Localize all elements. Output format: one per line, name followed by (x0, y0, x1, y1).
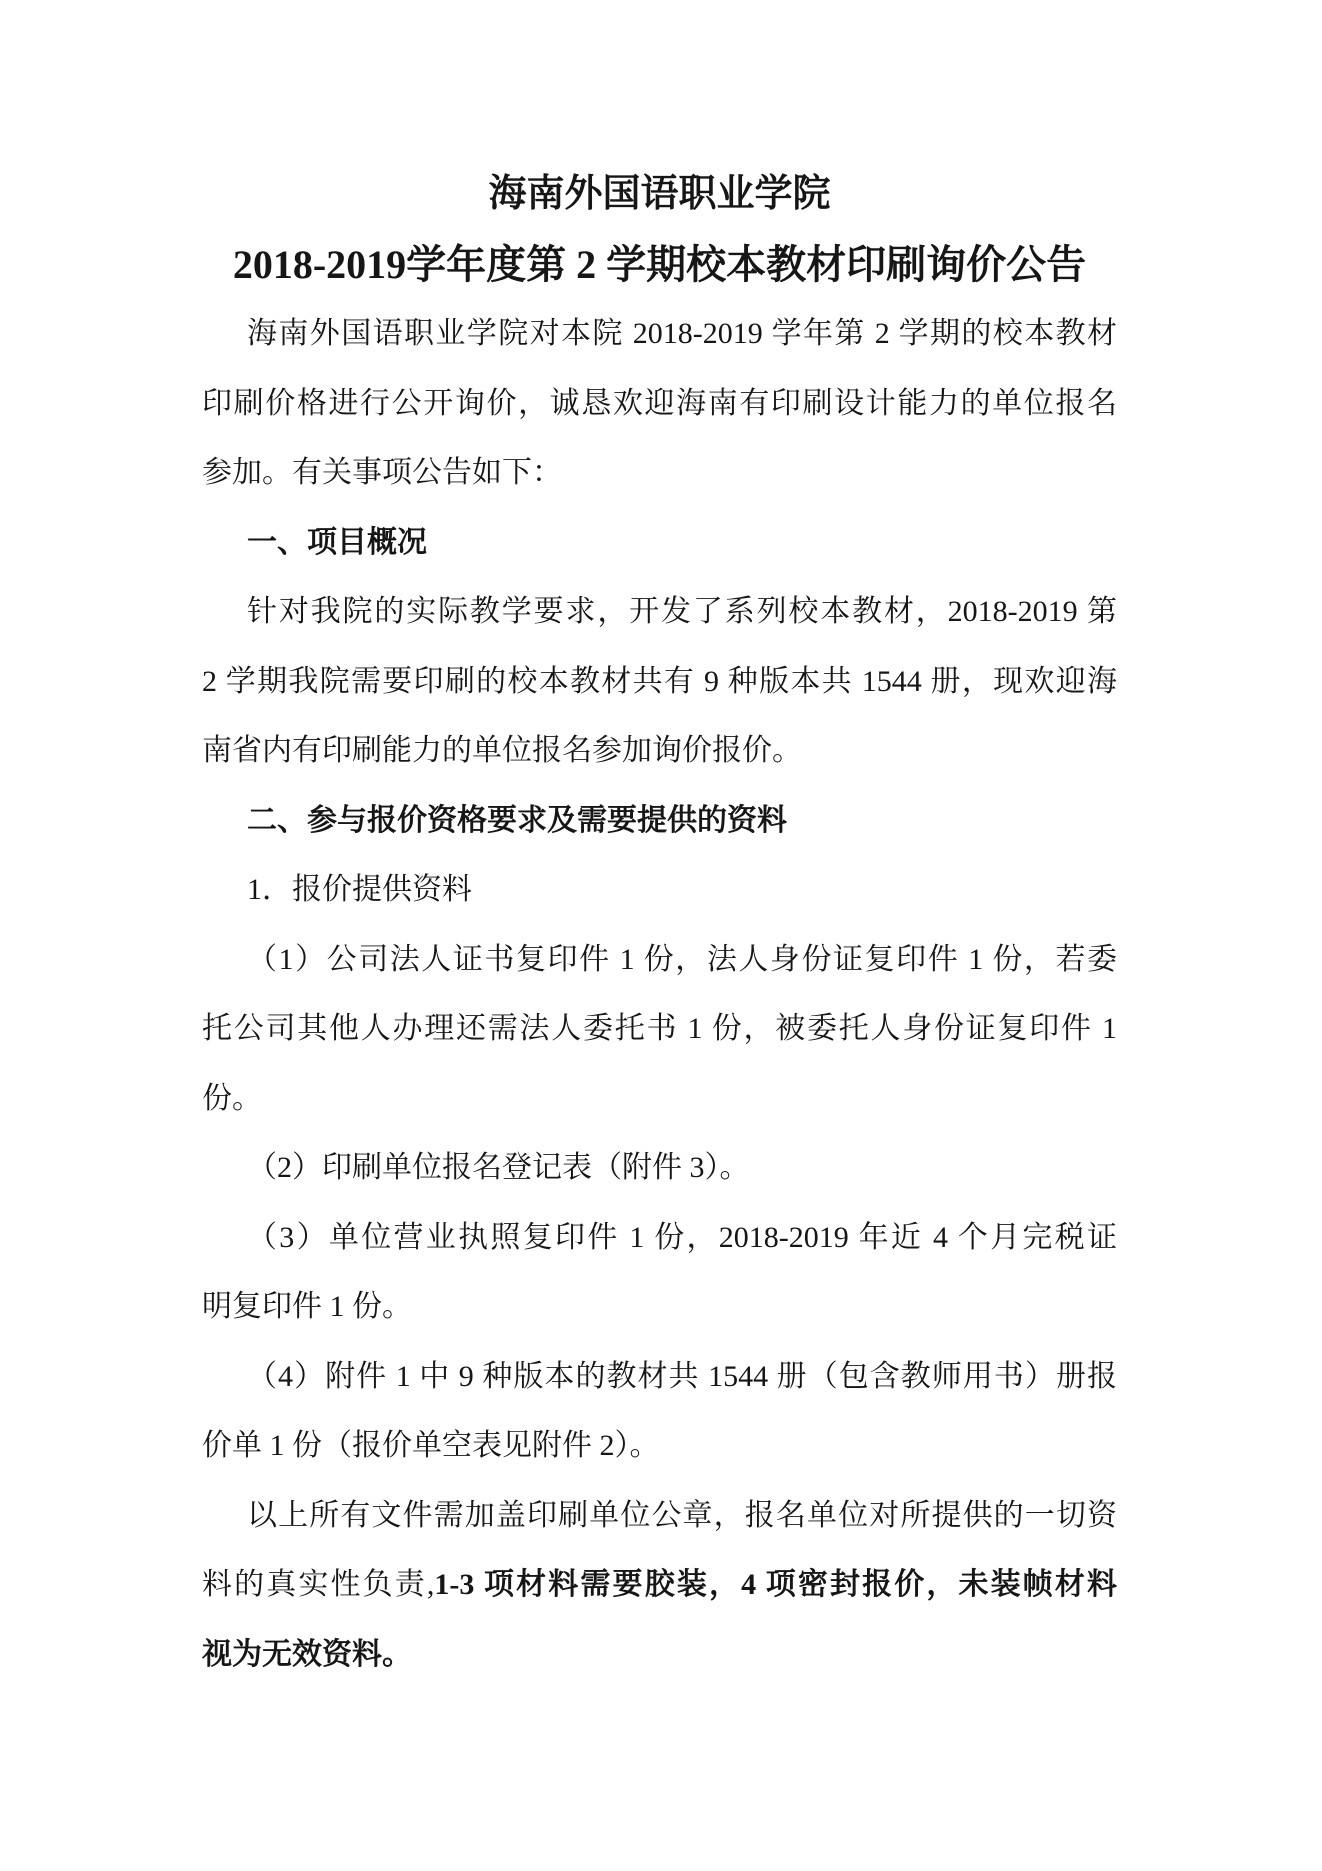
paragraph-line: 南省内有印刷能力的单位报名参加询价报价。 (202, 716, 1117, 786)
paragraph-line: 参加。有关事项公告如下： (202, 438, 1117, 508)
paragraph-line: 价单 1 份（报价单空表见附件 2）。 (202, 1411, 1117, 1481)
paragraph-line: （3）单位营业执照复印件 1 份，2018-2019 年近 4 个月完税证 (202, 1203, 1117, 1273)
paragraph-line: 针对我院的实际教学要求，开发了系列校本教材，2018-2019 第 (202, 577, 1117, 647)
paragraph-line: 视为无效资料。 (202, 1620, 1117, 1690)
document-page: 海南外国语职业学院 2018-2019学年度第 2 学期校本教材印刷询价公告 海… (0, 0, 1322, 1871)
list-item-1-heading: 1．报价提供资料 (202, 855, 1117, 925)
paragraph-line: 2 学期我院需要印刷的校本教材共有 9 种版本共 1544 册，现欢迎海 (202, 647, 1117, 717)
paragraph-line: 托公司其他人办理还需法人委托书 1 份，被委托人身份证复印件 1 (202, 994, 1117, 1064)
paragraph-line: 料的真实性负责,1-3 项材料需要胶装，4 项密封报价，未装帧材料 (202, 1550, 1117, 1620)
section-2-heading: 二、参与报价资格要求及需要提供的资料 (202, 786, 1117, 856)
paragraph-line: （2）印刷单位报名登记表（附件 3）。 (202, 1133, 1117, 1203)
document-title: 海南外国语职业学院 (202, 160, 1117, 230)
paragraph-line: （1）公司法人证书复印件 1 份，法人身份证复印件 1 份，若委 (202, 925, 1117, 995)
document-subtitle: 2018-2019学年度第 2 学期校本教材印刷询价公告 (202, 230, 1117, 300)
paragraph-line: 以上所有文件需加盖印刷单位公章，报名单位对所提供的一切资 (202, 1481, 1117, 1551)
paragraph-line: 海南外国语职业学院对本院 2018-2019 学年第 2 学期的校本教材 (202, 299, 1117, 369)
document-content: 海南外国语职业学院 2018-2019学年度第 2 学期校本教材印刷询价公告 海… (202, 0, 1117, 1689)
paragraph-segment-bold: 1-3 项材料需要胶装，4 项密封报价，未装帧材料 (434, 1568, 1117, 1601)
paragraph-line: （4）附件 1 中 9 种版本的教材共 1544 册（包含教师用书）册报 (202, 1342, 1117, 1412)
paragraph-segment: 料的真实性负责, (202, 1568, 434, 1601)
paragraph-line: 明复印件 1 份。 (202, 1272, 1117, 1342)
section-1-heading: 一、项目概况 (202, 508, 1117, 578)
paragraph-line: 份。 (202, 1064, 1117, 1134)
paragraph-line: 印刷价格进行公开询价，诚恳欢迎海南有印刷设计能力的单位报名 (202, 369, 1117, 439)
